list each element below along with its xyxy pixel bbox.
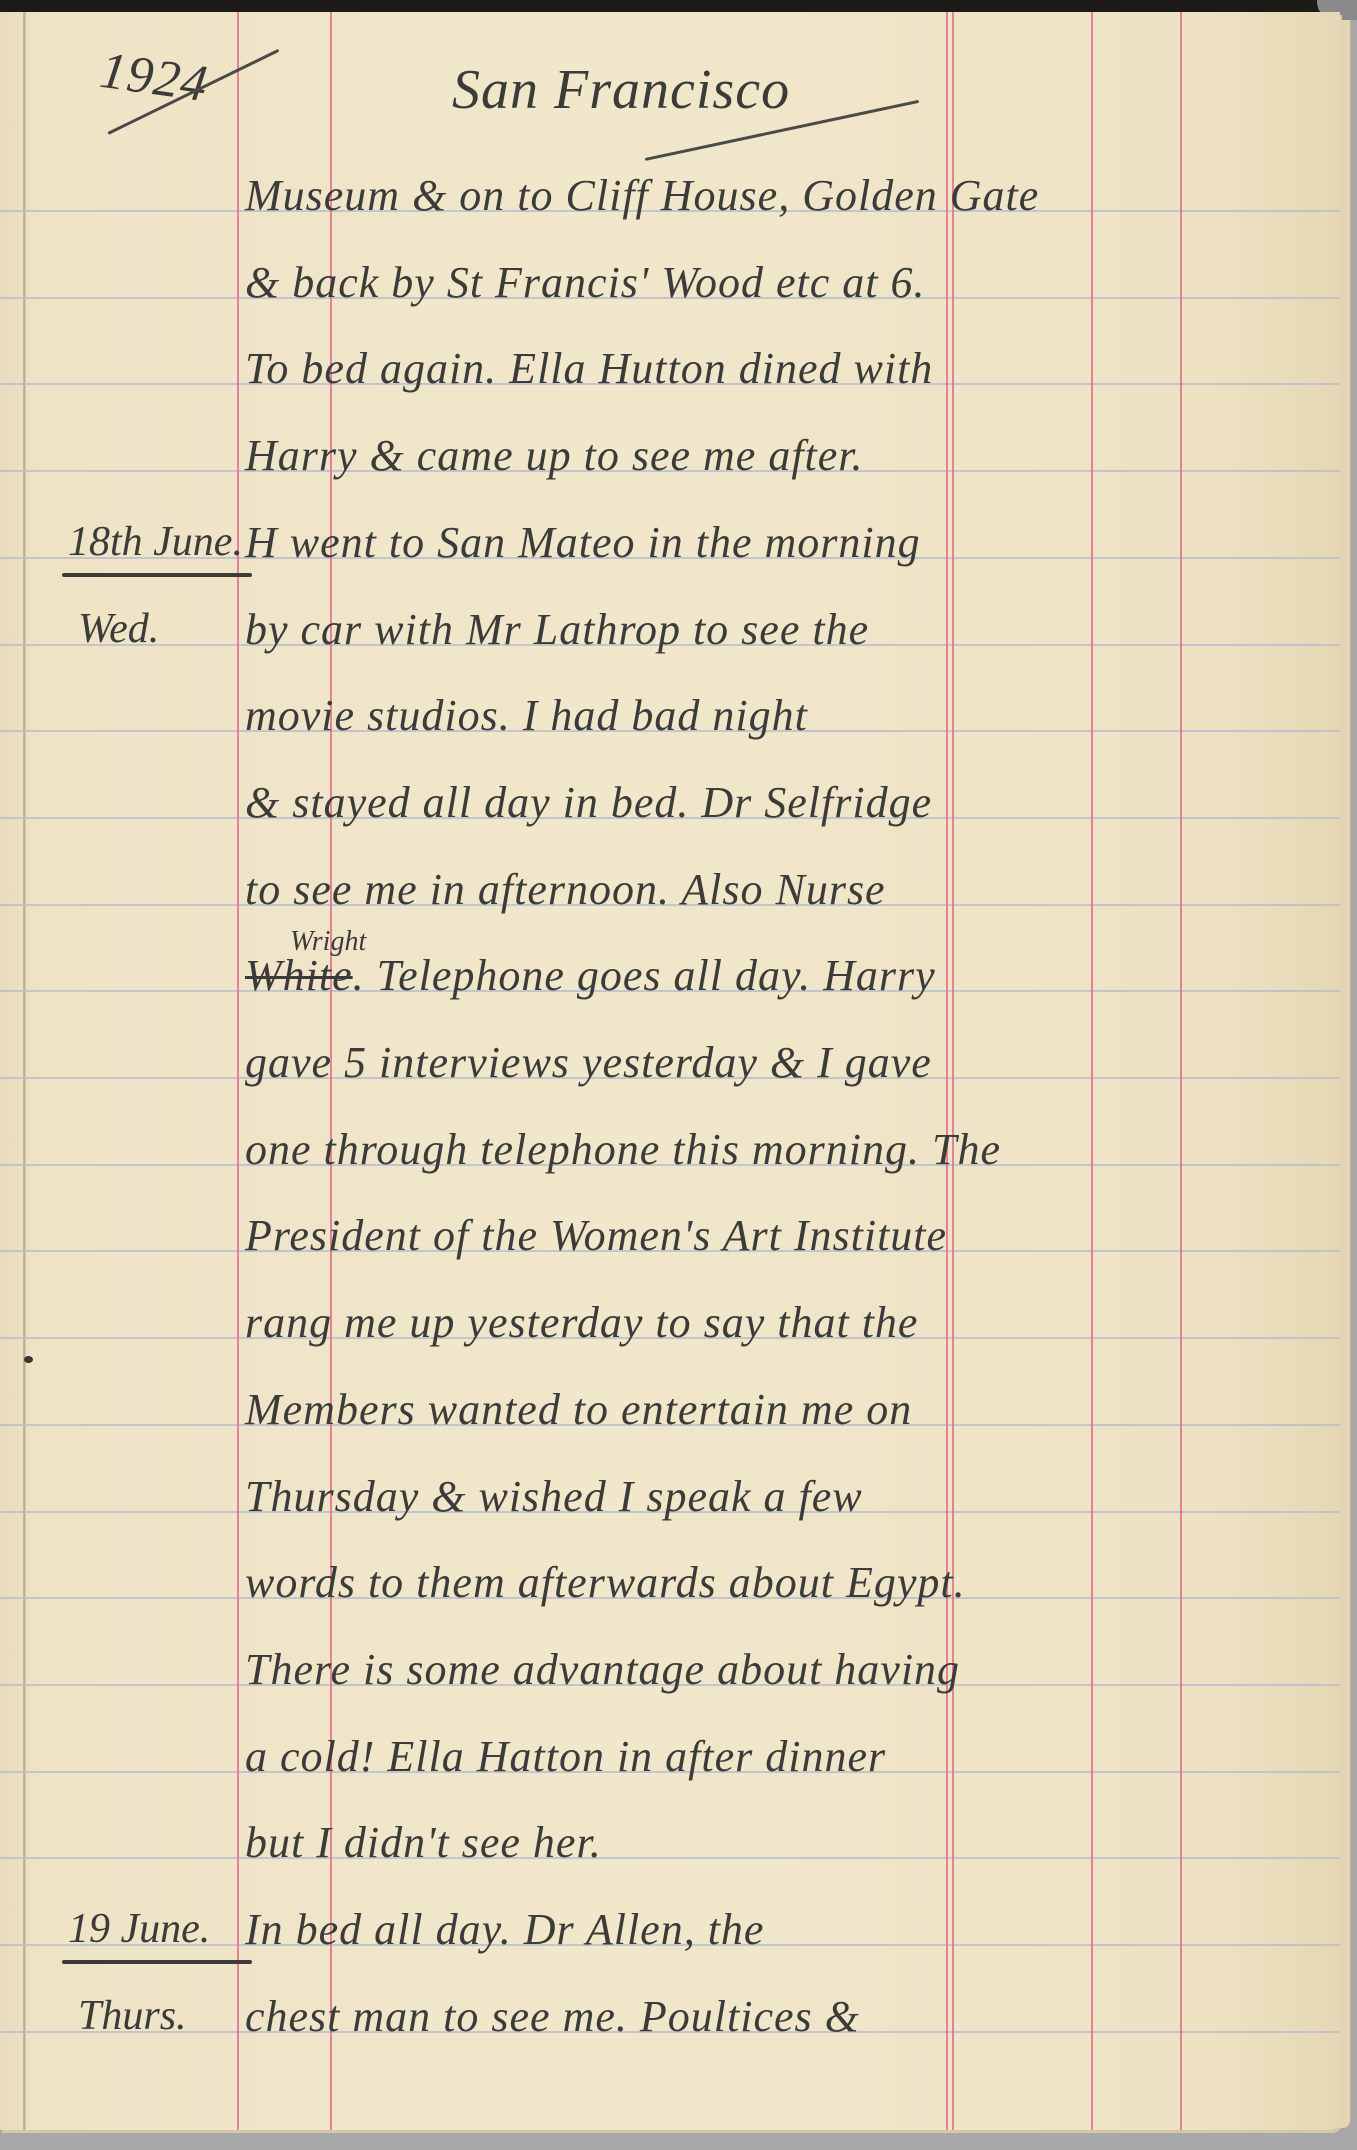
diary-line: H went to San Mateo in the morning [245, 521, 921, 565]
ruled-line [0, 1857, 1340, 1859]
diary-line-text: To bed again. Ella Hutton dined with [245, 344, 933, 393]
diary-line: To bed again. Ella Hutton dined with [245, 347, 933, 391]
diary-line-text: by car with Mr Lathrop to see the [245, 605, 869, 654]
ink-blot [24, 1356, 33, 1363]
column-rule-4 [1091, 12, 1093, 2130]
diary-line-text: gave 5 interviews yesterday & I gave [245, 1038, 932, 1087]
diary-line: White. Telephone goes all day. Harry [245, 954, 936, 998]
diary-line-text: one through telephone this morning. The [245, 1125, 1001, 1174]
diary-line-text: Members wanted to entertain me on [245, 1385, 912, 1434]
diary-line: rang me up yesterday to say that the [245, 1301, 918, 1345]
diary-line-text: & back by St Francis' Wood etc at 6. [245, 258, 925, 307]
column-rule-3a [946, 12, 948, 2130]
margin-date: Wed. [78, 608, 159, 650]
diary-line-text: There is some advantage about having [245, 1645, 960, 1694]
diary-line: President of the Women's Art Institute [245, 1214, 947, 1258]
diary-line-text: . Telephone goes all day. Harry [353, 951, 936, 1000]
date-underline [62, 1960, 252, 1964]
place-heading: San Francisco [452, 62, 790, 118]
diary-line-text: to see me in afternoon. Also Nurse [245, 865, 886, 914]
column-rule-3b [952, 12, 954, 2130]
diary-line: but I didn't see her. [245, 1821, 602, 1865]
date-underline [62, 573, 252, 577]
diary-line: Museum & on to Cliff House, Golden Gate [245, 174, 1039, 218]
diary-line: & back by St Francis' Wood etc at 6. [245, 261, 925, 305]
diary-line: In bed all day. Dr Allen, the [245, 1908, 764, 1952]
diary-line: & stayed all day in bed. Dr Selfridge [245, 781, 932, 825]
diary-line-text: but I didn't see her. [245, 1818, 602, 1867]
diary-line: Members wanted to entertain me on [245, 1388, 912, 1432]
diary-line: chest man to see me. Poultices & [245, 1995, 860, 2039]
diary-line: movie studios. I had bad night [245, 694, 808, 738]
diary-line-text: H went to San Mateo in the morning [245, 518, 921, 567]
struck-word: White [245, 951, 353, 1000]
margin-date: 18th June. [68, 521, 243, 563]
margin-date: 19 June. [68, 1908, 210, 1950]
diary-line: Harry & came up to see me after. [245, 434, 864, 478]
binding-fold [23, 12, 26, 2130]
page-stack-edge [1338, 20, 1351, 2128]
diary-line-text: words to them afterwards about Egypt. [245, 1558, 966, 1607]
diary-line-text: a cold! Ella Hatton in after dinner [245, 1732, 886, 1781]
diary-line: by car with Mr Lathrop to see the [245, 608, 869, 652]
diary-line: Thursday & wished I speak a few [245, 1475, 863, 1519]
diary-line-text: & stayed all day in bed. Dr Selfridge [245, 778, 932, 827]
diary-line-text: Thursday & wished I speak a few [245, 1472, 863, 1521]
diary-line-text: rang me up yesterday to say that the [245, 1298, 918, 1347]
diary-line: to see me in afternoon. Also Nurse [245, 868, 886, 912]
diary-line: one through telephone this morning. The [245, 1128, 1001, 1172]
diary-line: words to them afterwards about Egypt. [245, 1561, 966, 1605]
margin-rule-1 [237, 12, 239, 2130]
diary-line: There is some advantage about having [245, 1648, 960, 1692]
column-rule-5 [1180, 12, 1182, 2130]
diary-line-text: Museum & on to Cliff House, Golden Gate [245, 171, 1039, 220]
margin-date: Thurs. [78, 1995, 187, 2037]
diary-line-text: movie studios. I had bad night [245, 691, 808, 740]
diary-line: gave 5 interviews yesterday & I gave [245, 1041, 932, 1085]
diary-line: a cold! Ella Hatton in after dinner [245, 1735, 886, 1779]
diary-line-text: chest man to see me. Poultices & [245, 1992, 860, 2041]
diary-line-text: In bed all day. Dr Allen, the [245, 1905, 764, 1954]
diary-line-text: Harry & came up to see me after. [245, 431, 864, 480]
diary-line-text: President of the Women's Art Institute [245, 1211, 947, 1260]
